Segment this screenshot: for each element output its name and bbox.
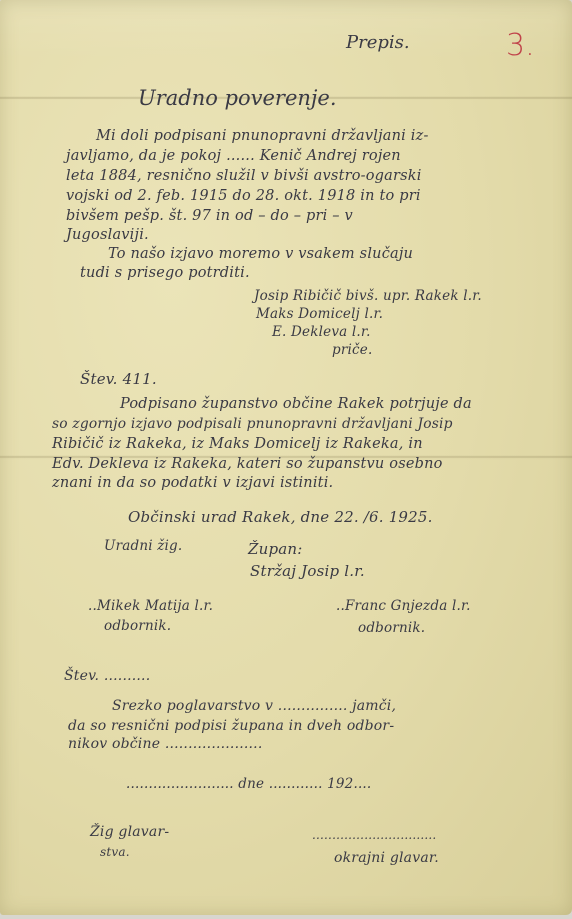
text-line: Podpisano županstvo občine Rakek potrjuj…	[120, 396, 472, 412]
official-seal-label: Uradni žig.	[104, 538, 182, 554]
text-line: To našo izjavo moremo v vsakem slučaju	[108, 246, 413, 262]
district-seal-label: Žig glavar-	[90, 824, 169, 840]
place-date: Občinski urad Rakek, dne 22. /6. 1925.	[128, 508, 433, 526]
councillor-signature: ..Franc Gnjezda l.r.	[336, 598, 471, 614]
text-line: Edv. Dekleva iz Rakeka, kateri so župans…	[52, 456, 443, 472]
text-line: Ribičič iz Rakeka, iz Maks Domicelj iz R…	[52, 436, 423, 452]
copy-label: Prepis.	[346, 32, 410, 53]
signature: Josip Ribičič bivš. upr. Rakek l.r.	[254, 288, 482, 304]
councillor-role: odbornik.	[358, 620, 425, 636]
page-number: 3.	[506, 28, 535, 63]
mayor-name: Stržaj Josip l.r.	[250, 562, 365, 580]
councillor-role: odbornik.	[104, 618, 171, 634]
signature-line: ...............................	[312, 828, 436, 842]
text-line: nikov občine .....................	[68, 736, 262, 752]
text-line: Mi doli podpisani pnunopravni državljani…	[96, 128, 429, 144]
text-line: Jugoslaviji.	[66, 227, 149, 243]
mayor-label: Župan:	[248, 540, 303, 558]
district-seal-label-2: stva.	[100, 845, 130, 859]
reference-number: Štev. 411.	[80, 370, 157, 388]
text-line: so zgornjo izjavo podpisali pnunopravni …	[52, 416, 453, 432]
text-line: bivšem pešp. št. 97 in od – do – pri – v	[66, 208, 353, 224]
district-head-label: okrajni glavar.	[334, 850, 439, 866]
document-page: Prepis. 3. Uradno poverenje. Mi doli pod…	[0, 0, 572, 915]
text-line: vojski od 2. feb. 1915 do 28. okt. 1918 …	[66, 188, 421, 204]
text-line: da so resnični podpisi župana in dveh od…	[68, 718, 394, 734]
reference-number-blank: Štev. ..........	[64, 668, 150, 684]
text-line: tudi s prisego potrditi.	[80, 265, 250, 281]
signature: Maks Domicelj l.r.	[256, 306, 383, 322]
text-line: znani in da so podatki v izjavi istiniti…	[52, 475, 333, 491]
signature: E. Dekleva l.r.	[272, 324, 371, 340]
text-line: leta 1884, resnično služil v bivši avstr…	[66, 168, 422, 184]
date-line: ........................ dne ...........…	[126, 776, 371, 792]
document-title: Uradno poverenje.	[138, 86, 337, 110]
councillor-signature: ..Mikek Matija l.r.	[88, 598, 213, 614]
witnesses-label: priče.	[332, 342, 372, 358]
text-line: javljamo, da je pokoj ...... Kenič Andre…	[66, 148, 401, 164]
text-line: Srezko poglavarstvo v ............... ja…	[112, 698, 396, 714]
